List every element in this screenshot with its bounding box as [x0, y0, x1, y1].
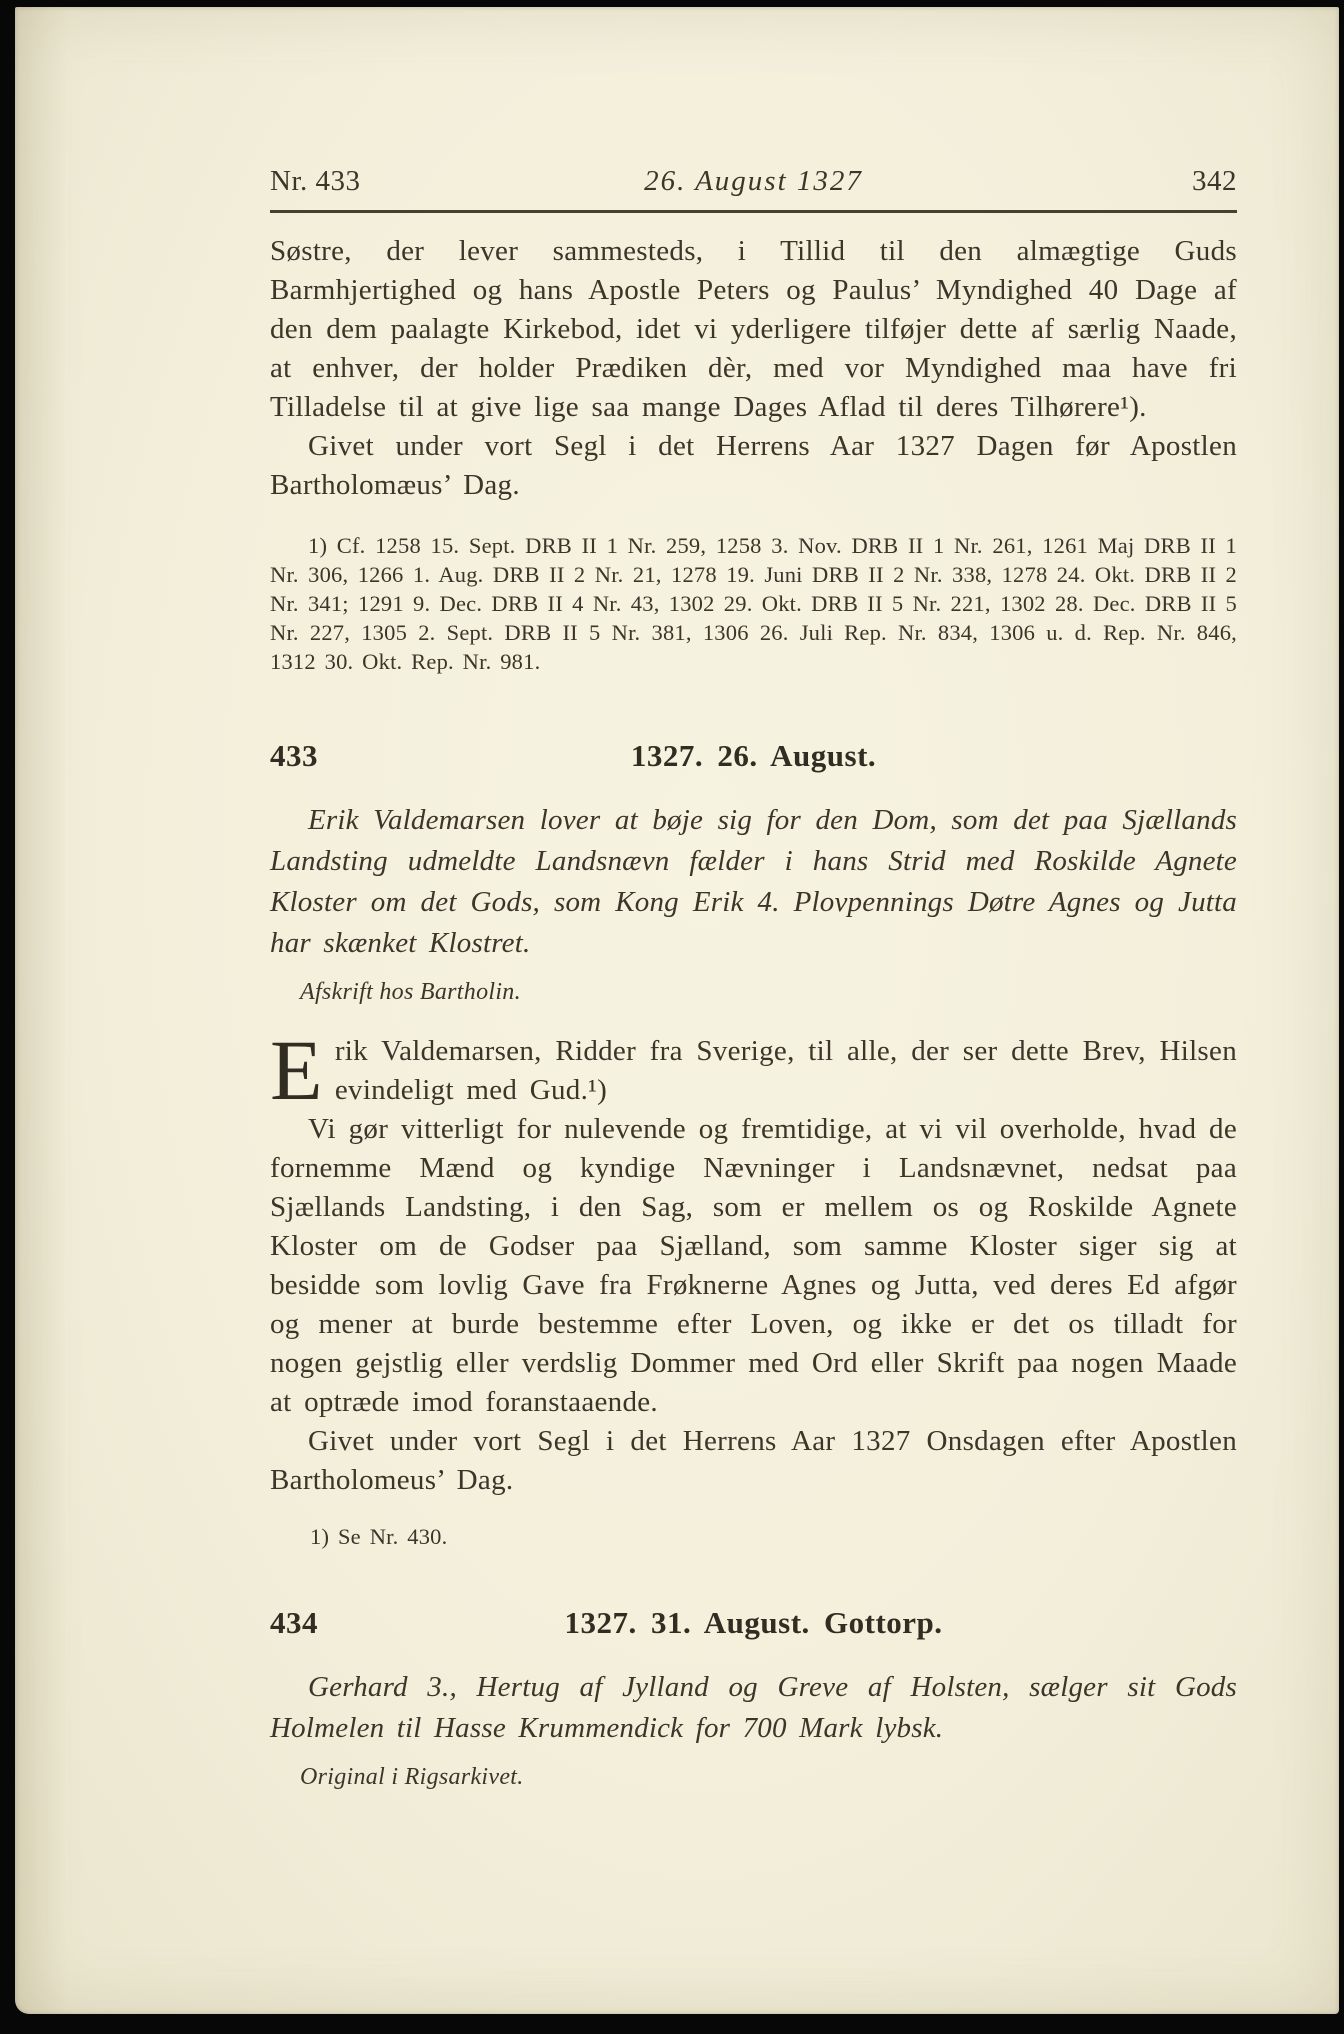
entry-summary: Erik Valdemarsen lover at bøje sig for d…: [270, 800, 1237, 964]
running-head-date: 26. August 1327: [270, 165, 1237, 198]
dating-clause: Givet under vort Segl i det Herrens Aar …: [270, 1422, 1237, 1500]
entry-heading: 1327. 26. August.: [270, 738, 1237, 774]
body-paragraph: Vi gør vitterligt for nulevende og fremt…: [270, 1110, 1237, 1422]
entry-heading: 1327. 31. August. Gottorp.: [270, 1605, 1237, 1641]
entry-summary: Gerhard 3., Hertug af Jylland og Greve a…: [270, 1667, 1237, 1749]
footnote: 1) Cf. 1258 15. Sept. DRB II 1 Nr. 259, …: [270, 531, 1237, 676]
source-note: Afskrift hos Bartholin.: [300, 979, 1237, 1006]
scanned-book-page: { "colors": { "paper": "#f3efdb", "ink":…: [0, 0, 1344, 2034]
running-head: Nr. 433 26. August 1327 342: [270, 165, 1237, 203]
drop-cap-initial: E: [270, 1032, 335, 1103]
entry-433-heading-row: 433 1327. 26. August.: [270, 738, 1237, 778]
text-column: Nr. 433 26. August 1327 342 Søstre, der …: [270, 7, 1237, 1791]
header-rule: [270, 210, 1237, 213]
paper-sheet: Nr. 433 26. August 1327 342 Søstre, der …: [15, 7, 1339, 2014]
dating-clause: Givet under vort Segl i det Herrens Aar …: [270, 427, 1237, 505]
letter-opening: Erik Valdemarsen, Ridder fra Sverige, ti…: [270, 1032, 1237, 1110]
page-number: 342: [1192, 165, 1237, 198]
letter-opening-text: rik Valdemarsen, Ridder fra Sverige, til…: [335, 1035, 1237, 1106]
source-note: Original i Rigsarkivet.: [300, 1764, 1237, 1791]
footnote: 1) Se Nr. 430.: [270, 1522, 1237, 1551]
entry-434-heading-row: 434 1327. 31. August. Gottorp.: [270, 1605, 1237, 1645]
body-paragraph: Søstre, der lever sammesteds, i Tillid t…: [270, 232, 1237, 427]
